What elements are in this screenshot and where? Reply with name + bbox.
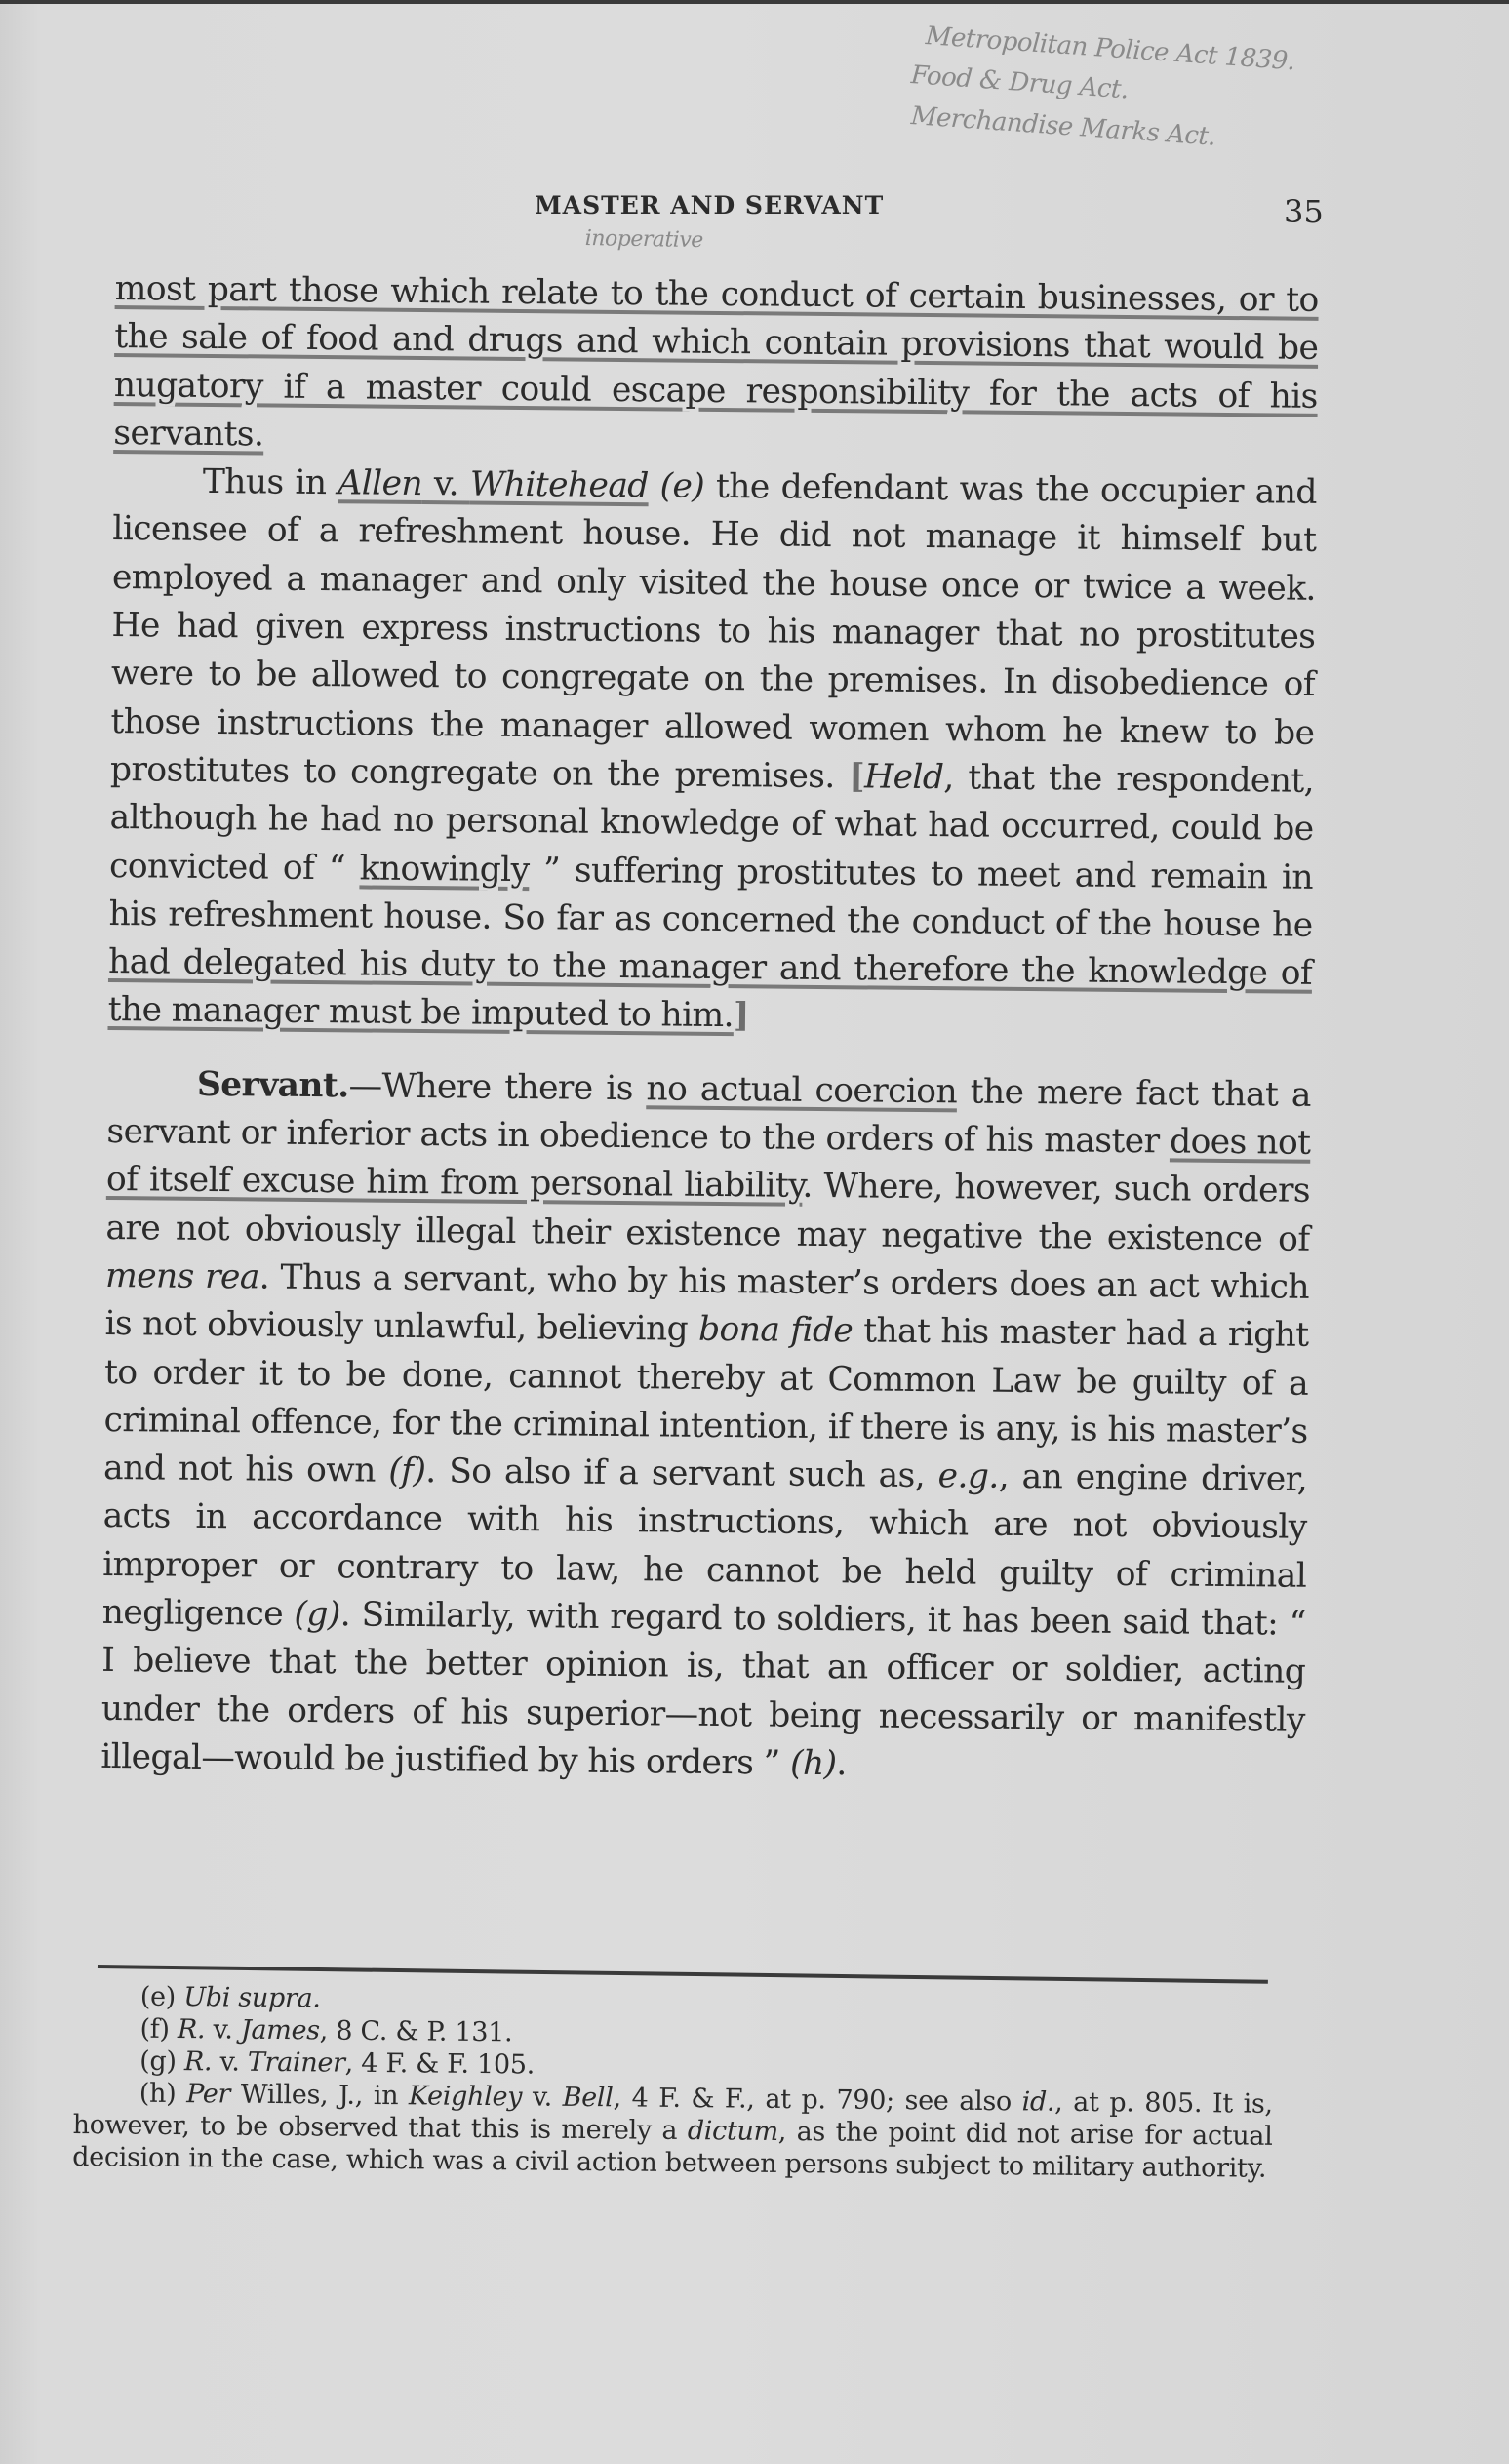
case-party-a: Allen — [338, 463, 422, 503]
text: v. — [212, 2047, 248, 2077]
handwritten-note-line-3: Merchandise Marks Act. — [910, 101, 1216, 152]
text: the defendant was the occupier and licen… — [110, 467, 1317, 796]
text: v. — [205, 2014, 241, 2045]
footnote-h: (h) Per Willes, J., in Keighley v. Bell,… — [72, 2077, 1273, 2185]
text: . — [836, 1744, 847, 1783]
footnote-italic: Trainer — [248, 2047, 345, 2079]
case-name-underlined: Allen v. Whitehead — [338, 463, 649, 505]
mens-rea-italic: mens rea — [105, 1256, 259, 1297]
footnote-italic: id. — [1021, 2086, 1054, 2117]
footnote-italic: James — [241, 2015, 320, 2047]
text: —Where there is — [348, 1066, 646, 1108]
running-title: MASTER AND SERVANT — [535, 191, 884, 219]
footnote-ref-f: (f) — [388, 1451, 425, 1490]
footnote-italic: Keighley — [409, 2081, 522, 2112]
footnote-italic: Bell — [563, 2083, 614, 2113]
knowingly-underlined: knowingly — [359, 849, 529, 890]
footnote-italic: R. — [184, 2047, 213, 2077]
paragraph-3: Servant.—Where there is no actual coerci… — [100, 1060, 1311, 1793]
handwritten-note-line-2: Food & Drug Act. — [910, 60, 1130, 104]
pencil-bracket-open: [ — [849, 757, 864, 796]
footnote-mark: (h) — [139, 2079, 177, 2109]
footnote-mark: (e) — [140, 1982, 176, 2012]
text: v. — [522, 2082, 563, 2112]
footnote-mark: (g) — [139, 2047, 177, 2077]
footnote-italic: dictum — [688, 2116, 778, 2147]
paragraph-2: Thus in Allen v. Whitehead (e) the defen… — [107, 457, 1317, 1046]
footnotes: (e) Ubi supra. (f) R. v. James, 8 C. & P… — [72, 1980, 1274, 2185]
footnote-rule — [98, 1965, 1268, 1984]
paragraph-1: most part those which relate to the cond… — [113, 265, 1319, 469]
footnote-ref-e: (e) — [649, 466, 705, 506]
footnote-ref-g: (g) — [294, 1595, 340, 1634]
footnote-italic: R. — [178, 2014, 206, 2045]
footnote-italic: Ubi supra. — [183, 1982, 321, 2013]
underlined-passage: most part those which relate to the cond… — [113, 269, 1319, 454]
section-heading-servant: Servant. — [197, 1065, 349, 1105]
footnote-italic: Per — [186, 2079, 230, 2109]
page-number: 35 — [1284, 193, 1324, 230]
text: , 8 C. & P. 131. — [320, 2015, 513, 2047]
underlined-conclusion: had delegated his duty to the manager an… — [107, 942, 1312, 1035]
text: , 4 F. & F., at p. 790; see also — [613, 2083, 1021, 2117]
underlined-no-actual-coercion: no actual coercion — [646, 1069, 957, 1111]
scanned-page: Metropolitan Police Act 1839. Food & Dru… — [0, 0, 1509, 2464]
versus: v. — [422, 464, 470, 503]
text: Willes, J., in — [230, 2080, 409, 2112]
text: , 4 F. & F. 105. — [345, 2048, 536, 2081]
held-italic: Held — [864, 757, 944, 797]
handwritten-note-inoperative: inoperative — [585, 226, 703, 253]
page-top-edge — [0, 0, 1509, 4]
text: . So also if a servant such as, — [425, 1451, 938, 1495]
text: Thus in — [203, 462, 338, 502]
pencil-bracket-close: ] — [734, 997, 749, 1036]
case-party-b: Whitehead — [470, 465, 649, 506]
footnote-mark: (f) — [139, 2014, 169, 2045]
bona-fide-italic: bona fide — [698, 1310, 854, 1351]
body-text: most part those which relate to the cond… — [100, 265, 1319, 1793]
footnote-ref-h: (h) — [790, 1744, 837, 1783]
eg-italic: e.g. — [937, 1456, 998, 1496]
